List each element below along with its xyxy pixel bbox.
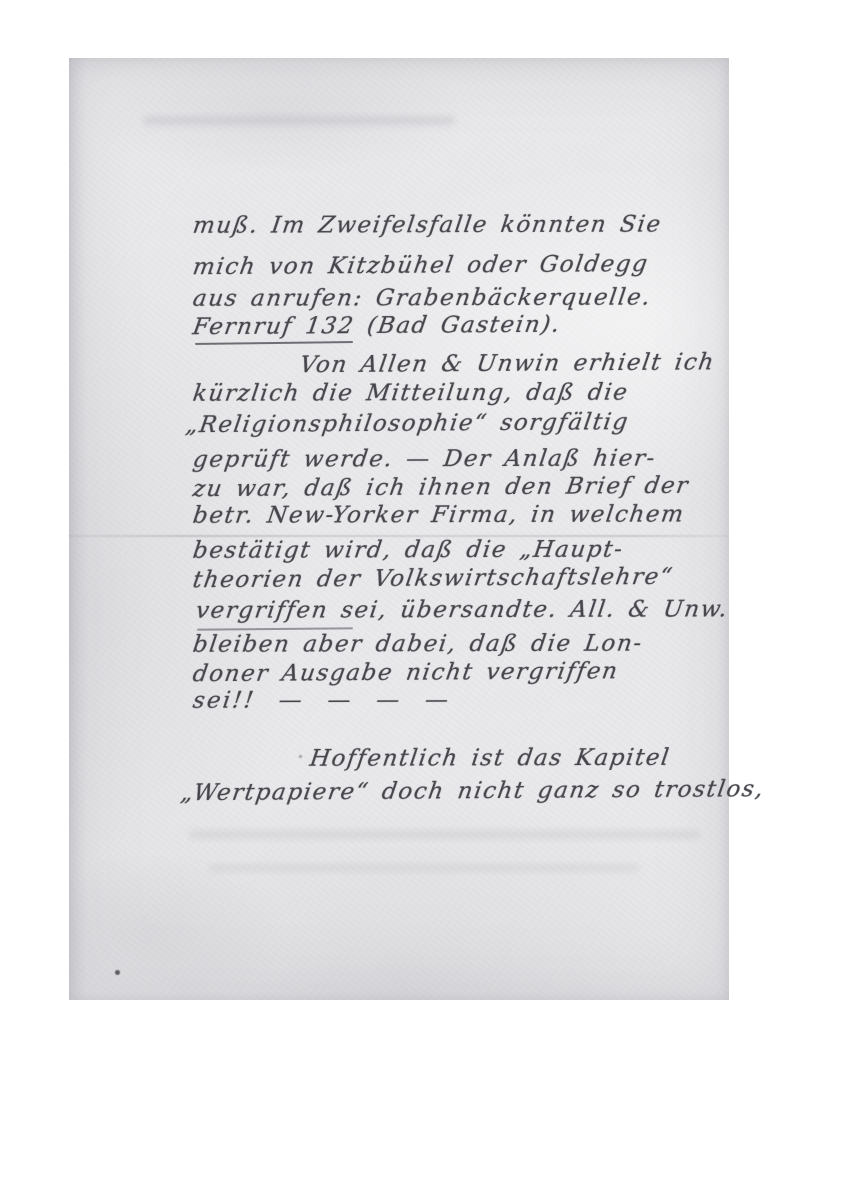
handwritten-line-7: „Religionsphilosophie“ sorgfältig [184,407,632,440]
handwritten-line-13: vergriffen sei, übersandte. All. & Unw. [194,595,730,626]
bleed-through-smudge-bottom-1 [189,830,701,839]
handwritten-line-4: Fernruf 132 (Bad Gastein). [191,309,563,342]
handwritten-line-16: sei!! — — — — [191,685,452,716]
handwritten-line-11: bestätigt wird, daß die „Haupt- [191,535,626,566]
handwritten-line-1: muß. Im Zweifelsfalle könnten Sie [191,210,664,241]
handwritten-line-3: aus anrufen: Grabenbäckerquelle. [191,283,653,314]
handwritten-line-17: Hoffentlich ist das Kapitel [308,743,672,774]
ink-speck [115,970,120,975]
scan-canvas: muß. Im Zweifelsfalle könnten Sie mich v… [0,0,843,1189]
handwritten-line-10: betr. New-Yorker Firma, in welchem [191,500,687,531]
handwritten-line-12: theorien der Volkswirtschaftslehre“ [191,562,676,595]
handwritten-line-14: bleiben aber dabei, daß die Lon- [191,629,645,660]
handwritten-line-5: Von Allen & Unwin erhielt ich [298,347,717,380]
handwritten-line-15: doner Ausgabe nicht vergriffen [191,656,621,689]
letter-page: muß. Im Zweifelsfalle könnten Sie mich v… [69,58,729,1000]
bleed-through-smudge-top [143,116,455,125]
handwritten-line-2: mich von Kitzbühel oder Goldegg [191,249,651,282]
ink-speck [299,755,302,758]
bleed-through-smudge-bottom-2 [209,864,639,872]
handwritten-line-18: „Wertpapiere“ doch nicht ganz so trostlo… [179,774,767,808]
handwritten-line-6: kürzlich die Mitteilung, daß die [191,378,631,409]
